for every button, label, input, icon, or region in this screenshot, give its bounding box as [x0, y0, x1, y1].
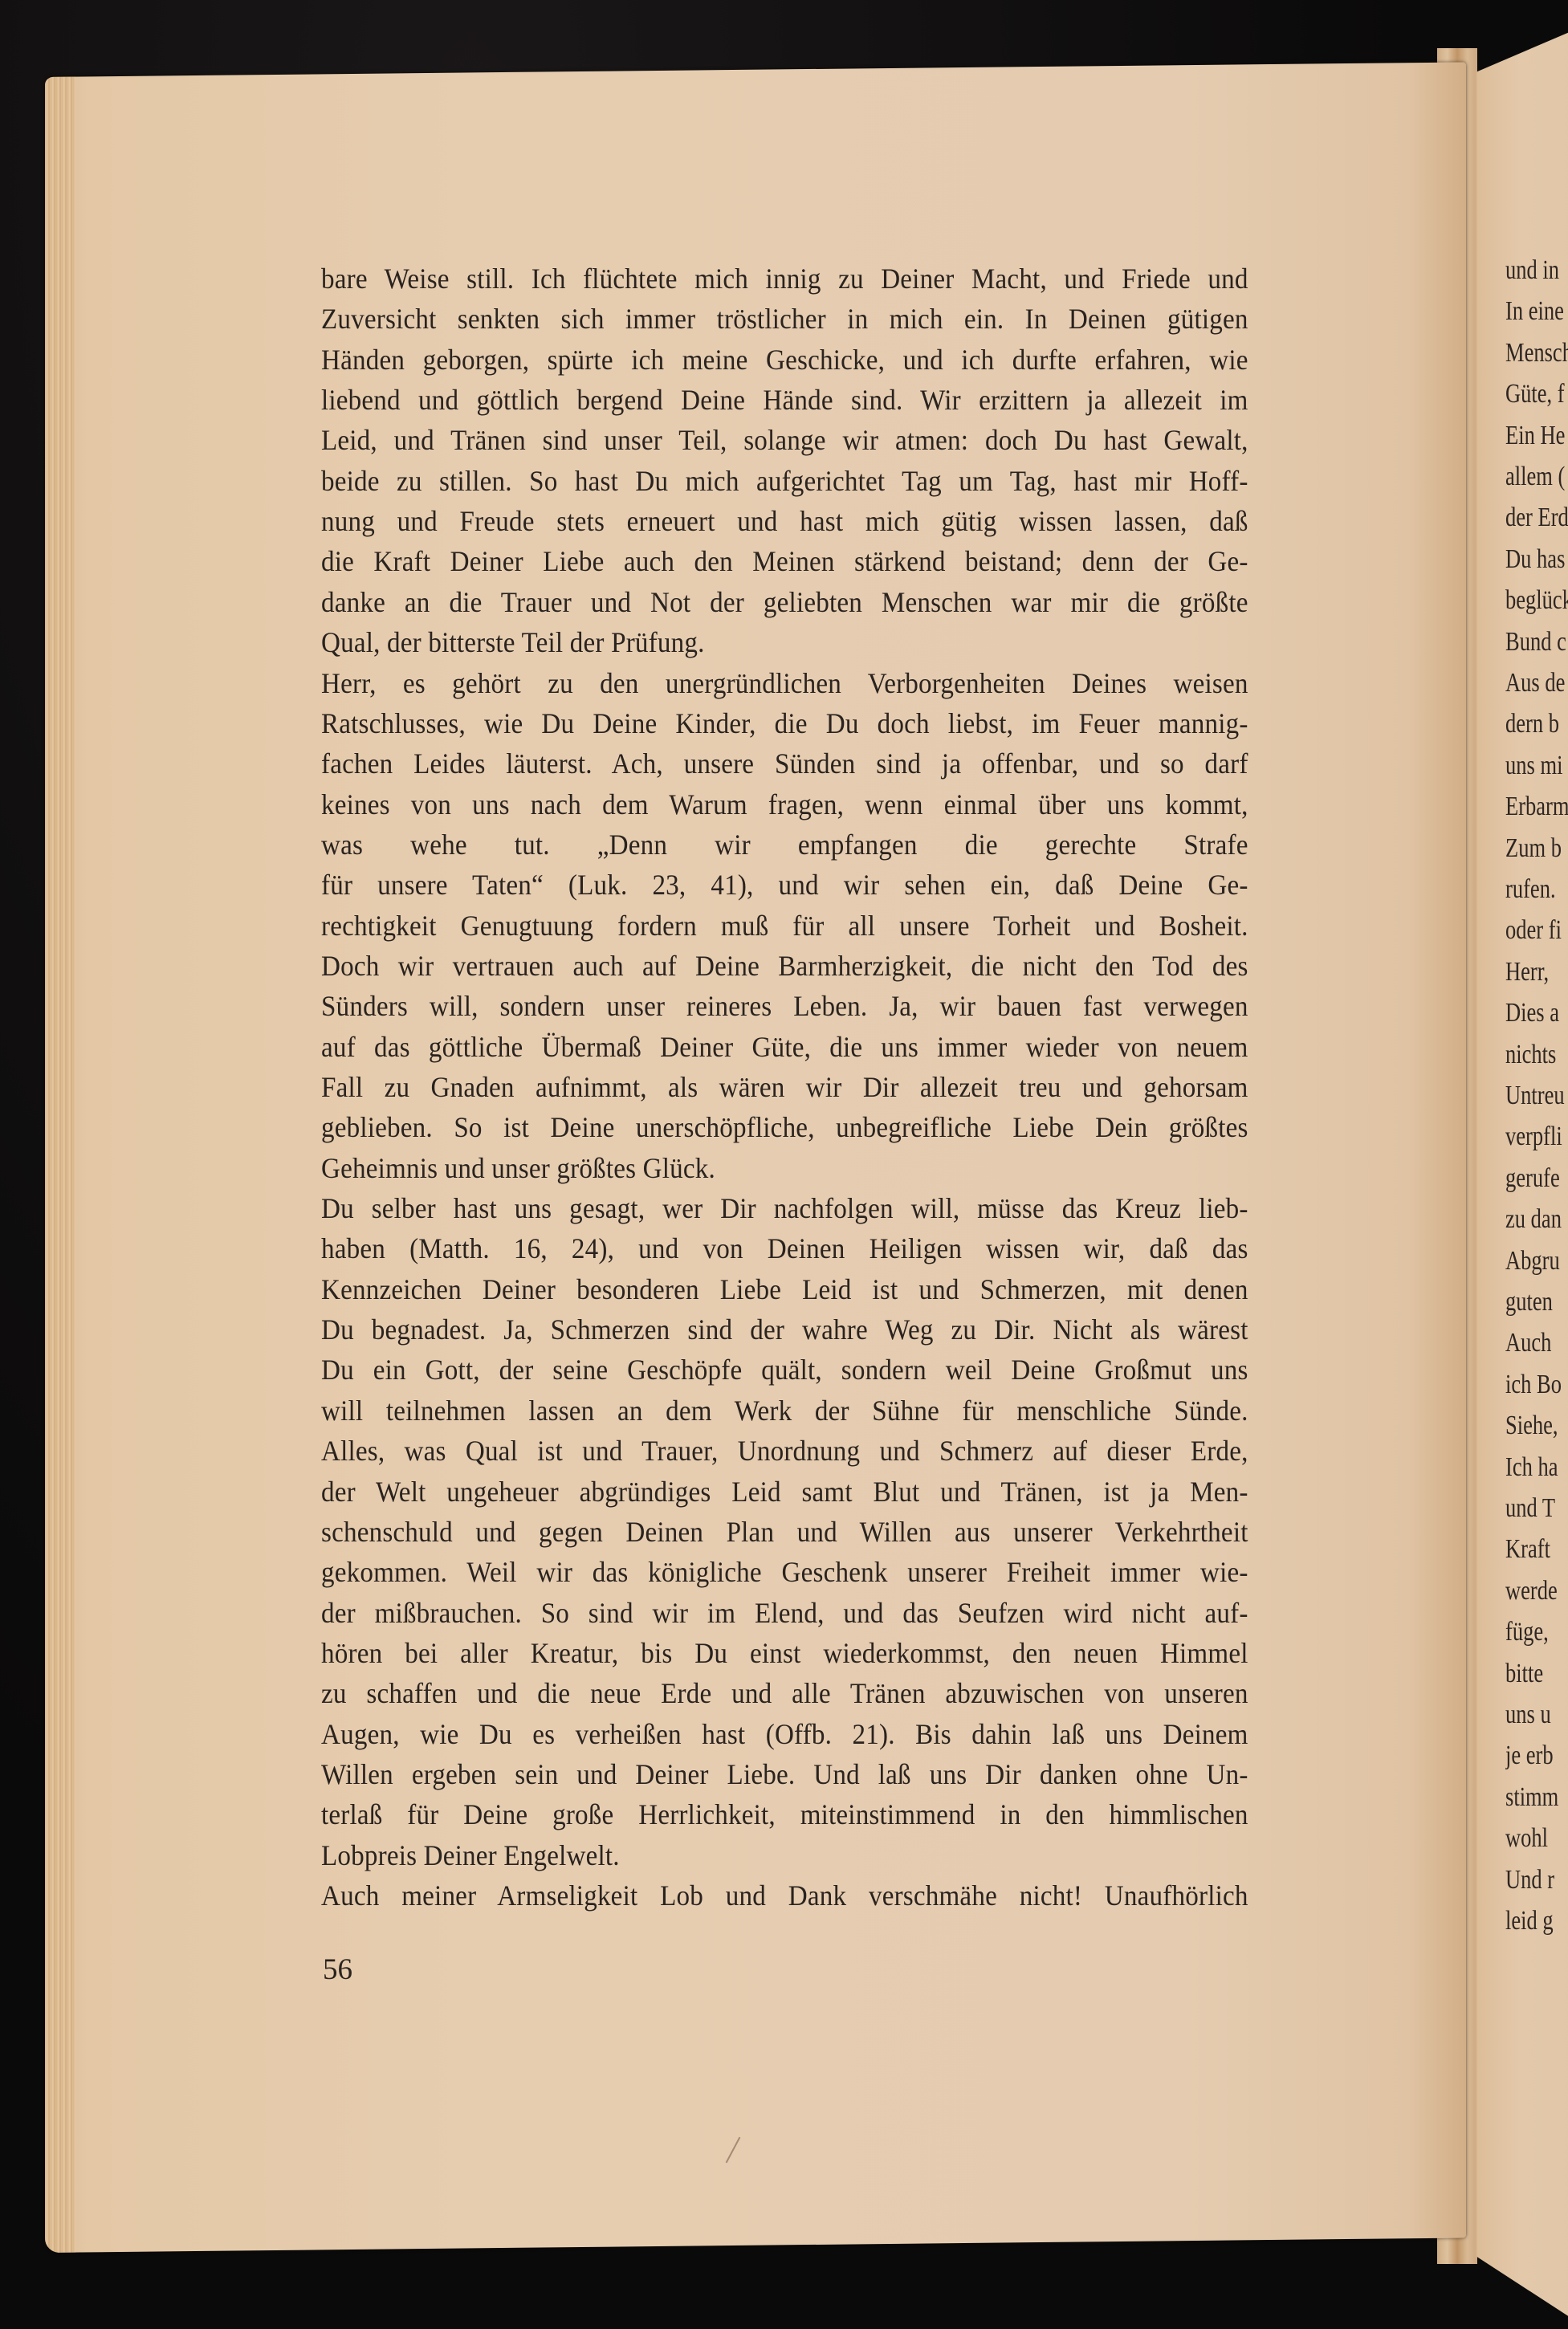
text-line: nung und Freude stets erneuert und hast … [321, 504, 1248, 538]
right-page-line-fragment: Ich ha [1505, 1452, 1558, 1483]
text-line: Du begnadest. Ja, Schmerzen sind der wah… [321, 1313, 1248, 1346]
right-page-line-fragment: Herr, [1505, 957, 1549, 987]
right-page-line-fragment: In eine [1505, 296, 1564, 327]
text-line: Kennzeichen Deiner besonderen Liebe Leid… [321, 1272, 1248, 1306]
right-page-line-fragment: dern b [1505, 709, 1559, 739]
right-page-line-fragment: Auch [1505, 1328, 1551, 1358]
right-page-line-fragment: Bund c [1505, 627, 1566, 658]
text-line: Du selber hast uns gesagt, wer Dir nachf… [321, 1191, 1248, 1225]
text-line: danke an die Trauer und Not der geliebte… [321, 585, 1248, 619]
right-page-line-fragment: uns u [1505, 1700, 1551, 1730]
text-line: rechtigkeit Genugtuung fordern muß für a… [321, 909, 1248, 943]
right-page-line-fragment: Und r [1505, 1865, 1554, 1895]
text-line: Zuversicht senkten sich immer tröstliche… [321, 302, 1248, 336]
right-page-line-fragment: Abgru [1505, 1246, 1560, 1276]
right-page-line-fragment: uns mi [1505, 751, 1562, 781]
right-page-line-fragment: ich Bo [1505, 1370, 1562, 1400]
right-page-line-fragment: Mensch [1505, 338, 1568, 368]
text-line: Geheimnis und unser größtes Glück. [321, 1151, 1248, 1185]
right-page-line-fragment: je erb [1505, 1741, 1554, 1771]
right-page-line-fragment: Ein He [1505, 421, 1565, 451]
right-page-line-fragment: oder fi [1505, 915, 1562, 946]
text-line: was wehe tut. „Denn wir empfangen die ge… [321, 828, 1248, 861]
text-line: der mißbrauchen. So sind wir im Elend, u… [321, 1596, 1248, 1630]
text-line: Doch wir vertrauen auch auf Deine Barmhe… [321, 949, 1248, 983]
text-line: hören bei aller Kreatur, bis Du einst wi… [321, 1636, 1248, 1670]
text-line: Händen geborgen, spürte ich meine Geschi… [321, 343, 1248, 377]
text-line: fachen Leides läuterst. Ach, unsere Sünd… [321, 747, 1248, 780]
page-number: 56 [323, 1952, 352, 1987]
text-line: haben (Matth. 16, 24), und von Deinen He… [321, 1232, 1248, 1265]
right-page-line-fragment: wohl [1505, 1823, 1548, 1854]
right-page-line-fragment: leid g [1505, 1906, 1554, 1936]
right-page-line-fragment: verpfli [1505, 1122, 1562, 1152]
text-line: Du ein Gott, der seine Geschöpfe quält, … [321, 1353, 1248, 1386]
text-line: zu schaffen und die neue Erde und alle T… [321, 1676, 1248, 1710]
right-page-line-fragment: Du has [1505, 544, 1565, 575]
right-page-line-fragment: nichts [1505, 1040, 1556, 1070]
right-page-line-fragment: Siehe, [1505, 1411, 1558, 1441]
text-line: keines von uns nach dem Warum fragen, we… [321, 788, 1248, 821]
text-line: Alles, was Qual ist und Trauer, Unordnun… [321, 1434, 1248, 1468]
text-line: bare Weise still. Ich flüchtete mich inn… [321, 262, 1248, 295]
text-line: Fall zu Gnaden aufnimmt, als wären wir D… [321, 1070, 1248, 1104]
text-line: der Welt ungeheuer abgründiges Leid samt… [321, 1475, 1248, 1509]
text-line: liebend und göttlich bergend Deine Hände… [321, 383, 1248, 417]
text-line: für unsere Taten“ (Luk. 23, 41), und wir… [321, 868, 1248, 902]
right-page-text-fragments: und inIn eineMenschGüte, fEin Heallem (d… [1505, 0, 1568, 2329]
right-page-line-fragment: allem ( [1505, 462, 1565, 492]
text-line: will teilnehmen lassen an dem Werk der S… [321, 1394, 1248, 1427]
text-line: Leid, und Tränen sind unser Teil, solang… [321, 423, 1248, 457]
text-line: gekommen. Weil wir das königliche Gesche… [321, 1555, 1248, 1589]
right-page-line-fragment: der Erd [1505, 503, 1568, 533]
right-page-line-fragment: rufen. [1505, 874, 1556, 905]
text-line: Auch meiner Armseligkeit Lob und Dank ve… [321, 1879, 1248, 1912]
right-page-line-fragment: guten [1505, 1287, 1553, 1317]
text-line: Augen, wie Du es verheißen hast (Offb. 2… [321, 1717, 1248, 1751]
text-line: auf das göttliche Übermaß Deiner Güte, d… [321, 1030, 1248, 1064]
right-page-line-fragment: stimm [1505, 1782, 1558, 1813]
text-line: die Kraft Deiner Liebe auch den Meinen s… [321, 544, 1248, 578]
text-line: beide zu stillen. So hast Du mich aufger… [321, 464, 1248, 498]
right-page-line-fragment: Aus de [1505, 668, 1565, 698]
right-page-line-fragment: Untreu [1505, 1081, 1565, 1111]
text-line: geblieben. So ist Deine unerschöpfliche,… [321, 1110, 1248, 1144]
text-line: terlaß für Deine große Herrlichkeit, mit… [321, 1798, 1248, 1831]
right-page-line-fragment: bitte [1505, 1659, 1543, 1689]
right-page-line-fragment: gerufe [1505, 1163, 1560, 1194]
right-page-line-fragment: und T [1505, 1493, 1555, 1524]
right-page-line-fragment: Zum b [1505, 833, 1562, 864]
text-line: Willen ergeben sein und Deiner Liebe. Un… [321, 1757, 1248, 1791]
right-page-line-fragment: füge, [1505, 1617, 1549, 1647]
right-page-line-fragment: Kraft [1505, 1534, 1550, 1565]
text-line: schenschuld und gegen Deinen Plan und Wi… [321, 1515, 1248, 1549]
text-line: Herr, es gehört zu den unergründlichen V… [321, 666, 1248, 700]
right-page-line-fragment: Erbarm [1505, 792, 1568, 822]
right-page-line-fragment: beglück [1505, 585, 1568, 616]
right-page-line-fragment: werde [1505, 1576, 1558, 1606]
right-page-line-fragment: Dies a [1505, 998, 1559, 1028]
text-line: Sünders will, sondern unser reineres Leb… [321, 989, 1248, 1023]
text-line: Qual, der bitterste Teil der Prüfung. [321, 625, 1248, 659]
right-page-line-fragment: Güte, f [1505, 379, 1565, 409]
text-line: Lobpreis Deiner Engelwelt. [321, 1838, 1248, 1872]
right-page-line-fragment: zu dan [1505, 1204, 1562, 1235]
right-page-line-fragment: und in [1505, 255, 1559, 286]
text-line: Ratschlusses, wie Du Deine Kinder, die D… [321, 706, 1248, 740]
